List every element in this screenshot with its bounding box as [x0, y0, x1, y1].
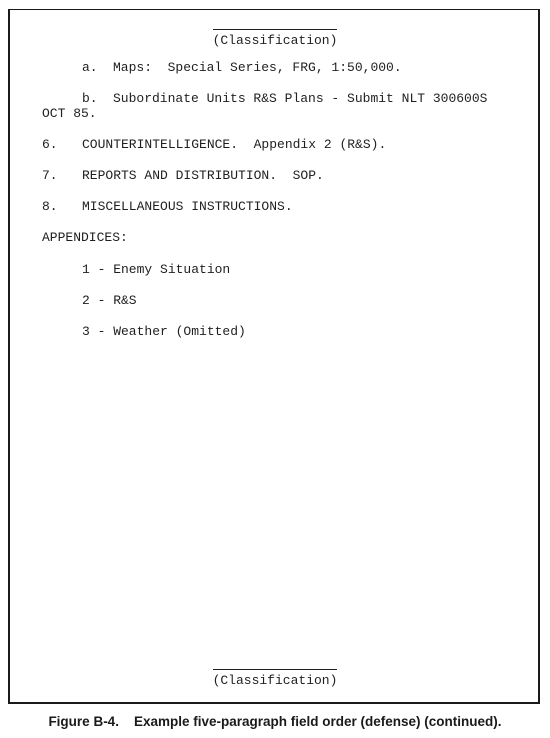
subparagraph-a-text: Maps: Special Series, FRG, 1:50,000.	[113, 60, 402, 75]
appendix-item-2: 2 - R&S	[82, 293, 137, 308]
classification-top-text: (Classification)	[213, 29, 338, 48]
classification-marking-bottom: (Classification)	[0, 669, 550, 688]
paragraph-6-text: COUNTERINTELLIGENCE. Appendix 2 (R&S).	[82, 137, 386, 152]
paragraph-8-number: 8.	[42, 199, 58, 214]
figure-caption: Figure B-4. Example five-paragraph field…	[0, 713, 550, 731]
paragraph-6-number: 6.	[42, 137, 58, 152]
paragraph-7-number: 7.	[42, 168, 58, 183]
paragraph-8-text: MISCELLANEOUS INSTRUCTIONS.	[82, 199, 293, 214]
subparagraph-b-text: Subordinate Units R&S Plans - Submit NLT…	[113, 91, 487, 106]
appendix-item-3: 3 - Weather (Omitted)	[82, 324, 246, 339]
figure-caption-text: Example five-paragraph field order (defe…	[134, 714, 502, 729]
subparagraph-b-label: b.	[82, 91, 98, 106]
paragraph-7-text: REPORTS AND DISTRIBUTION. SOP.	[82, 168, 324, 183]
classification-bottom-text: (Classification)	[213, 669, 338, 688]
appendices-heading: APPENDICES:	[42, 230, 128, 245]
appendix-item-1: 1 - Enemy Situation	[82, 262, 230, 277]
figure-label: Figure B-4.	[48, 714, 119, 729]
subparagraph-b-continuation: OCT 85.	[42, 106, 97, 121]
classification-marking-top: (Classification)	[0, 29, 550, 48]
subparagraph-a-label: a.	[82, 60, 98, 75]
